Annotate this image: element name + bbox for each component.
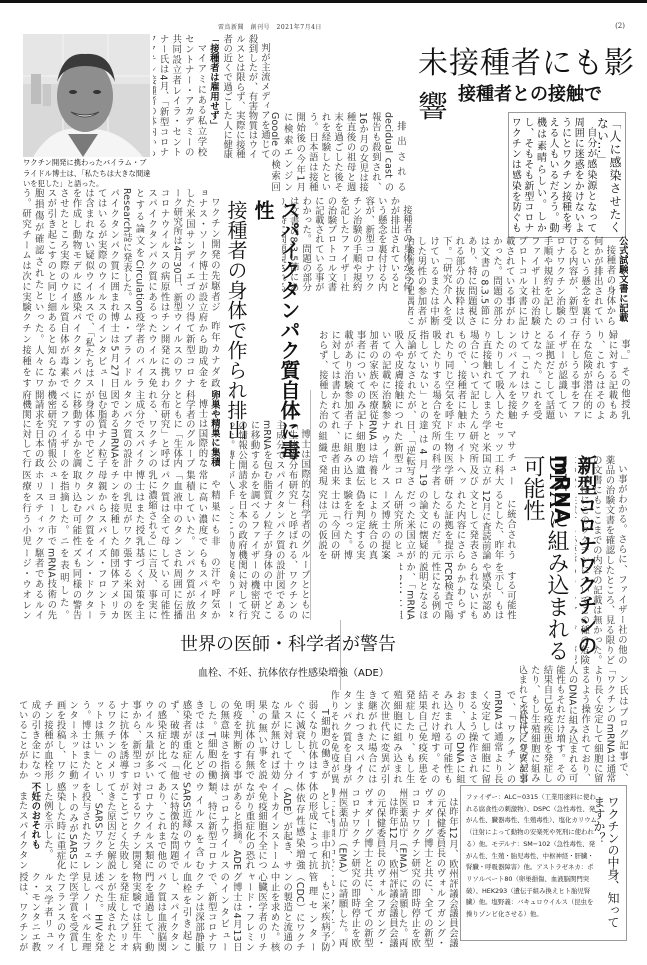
article-column-q: は昨年12月、欧州評議会議員会議の元保健委員長のヴォルフガング・ヴォダーグ博士と…: [332, 788, 398, 948]
sidebar-quote-box: 「人に感染させたくない…」 自分が感染源となって周囲に迷惑をかけないようにとワク…: [508, 112, 626, 238]
article-text: 昨年カナダ政府から助成金を得て新型コロナウイルスのワクチン開発に携わったウイルス…: [20, 312, 220, 388]
article-column-k: ワクチン開発の先駆者ジョナス・ソーク博士が設立した米国サンディエゴのソーク研究所…: [20, 188, 220, 312]
article-column-l2: 博士は国際的な科学者のグループとともに「生体内分布研究」と呼ばれる、ワクチンの主…: [230, 420, 310, 620]
article-text: する可能性を示し、もはや感染が認められないにもかかわらずPCR検査で陽性になる例…: [400, 562, 516, 620]
article-column-p: T細胞の働きが弱くなり抗体はすぐに減衰し、ウイルスに対して十分な量が無ければ効果…: [20, 700, 330, 780]
article-column-h: に統合されうるとした、昨年12月に査読前論文として発表された内容にさらなる証拠を…: [316, 490, 516, 560]
portrait-image: [23, 34, 150, 157]
article-column-b2: 判が主流メディアを通じて殺到したが、有害物質はウイルスとは限らず、実際に接種者の…: [222, 34, 270, 159]
article-column-l: 昨年カナダ政府から助成金を得て新型コロナウイルスのワクチン開発に携わったウイルス…: [20, 312, 220, 388]
article-column-i: する可能性を示し、もはや感染が認められないにもかかわらずPCR検査で陽性になる例…: [400, 562, 516, 620]
mrna-headline-line2: DNAに組み込まれる可能性: [520, 455, 569, 662]
ingredients-list: ファイザー：ALC−0315（工業用塗料に使われる腐食性の刺激物）、DSPC（急…: [466, 792, 598, 921]
article-text: 接種者の身体から何かが排出されているという懸念を裏付ける内容が、新型コロナワクチ…: [282, 196, 412, 292]
article-column-m: 卵巣や精巣に集積 博士は国際的な科学者のグループとともに「生体内分布研究」と呼ば…: [20, 390, 220, 468]
article-text: マサチューセッツ工科大学と米国立がん研究所及びホワイトヘッド生物医学研究所の科学…: [316, 420, 516, 486]
ingredients-box: ワクチンの中身、知ってますか？ ファイザー：ALC−0315（工業用塗料に使われ…: [460, 785, 627, 941]
article-column-d: 公式試験文書に記載 接種者の身体から何かが排出されているという懸念を裏付ける内容…: [408, 236, 628, 326]
photo-bairam-bridle: [23, 34, 150, 157]
article-column-a: 「接種者は雇用せず」 マイアミにある私立学校セントナー・アカデミーの共同設立者レ…: [153, 34, 219, 157]
article-column-c2: 接種者の身体から何かが排出されているという懸念を裏付ける内容が、新型コロナワクチ…: [282, 196, 412, 292]
article-column-q2: は昨年12月、欧州評議会議員会議の元保健委員長のヴォルフガング・ヴォダーグ博士と…: [400, 788, 458, 948]
page-number: (2): [615, 22, 625, 30]
article-text: 博士は国際的な科学者のグループとともに「生体内分布研究」と呼ばれる、ワクチンの主…: [230, 420, 310, 620]
article-text: に統合されうるとした、昨年12月に査読前論文として発表された内容にさらなる証拠を…: [316, 490, 516, 560]
article-column-e: 事。」その他授乳婦に対する記載もあり、これらはそのような危険が潜在的に存在しうる…: [320, 330, 630, 420]
article-text: 判が主流メディアを通じて殺到したが、有害物質はウイルスとは限らず、実際に接種者の…: [222, 34, 270, 159]
subhead-ovaries: 卵巣や精巣に集積: [207, 390, 220, 468]
sidebar-quote-body: 自分が感染源となって周囲に迷惑をかけないようにとワクチン接種を考える人もいるだろ…: [513, 117, 596, 233]
warning-headline: 世界の医師・科学者が警告: [180, 630, 396, 656]
subhead-infertility: 不妊のおそれも: [28, 782, 41, 870]
article-text: ン氏はブログ記事で、「ワクチンのmRNAは通常より長く安定して細胞に留まるよう操…: [332, 690, 528, 784]
column-divider: [310, 390, 311, 620]
subhead-official-doc: 公式試験文書に記載: [615, 236, 628, 326]
article-text: は昨年12月、欧州評議会議員会議の元保健委員長のヴォルフガング・ヴォダーグ博士と…: [332, 788, 398, 948]
sidebar-quote-title: 「人に感染させたくない…」: [596, 117, 621, 233]
column-divider: [340, 620, 341, 690]
article-text: ワクチン開発の先駆者ジョナス・ソーク博士が設立した米国サンディエゴのソーク研究所…: [20, 188, 220, 312]
main-subheadline: 接種者との接触で: [458, 80, 602, 106]
publication-info: 雷鳥新聞 創刊号 2021年7月4日: [218, 22, 322, 31]
article-text: として、非中和抗体の形成によって抗体依存性感染増強（ADE）が起き、サイトカイン…: [40, 782, 330, 870]
article-text: は昨年12月、欧州評議会議員会議の元保健委員長のヴォルフガング・ヴォダーグ博士と…: [400, 788, 458, 948]
masthead: 雷鳥新聞 創刊号 2021年7月4日 (2): [0, 22, 647, 34]
article-text: や精巣にも非常に高い濃度で集積していた。「血液中のタンパク質は全て母乳に濃縮され…: [20, 470, 220, 546]
article-text: い事がわかる。さらに、ファイザー社の他の薬品の治験文書を確認したところ、見る限り…: [575, 455, 627, 665]
article-column-j: ン氏はブログ記事で、「ワクチンのmRNAは通常より長く安定して細胞に留まるよう操…: [520, 665, 628, 783]
article-text: またスパイクタンパク質には胎盤形成に不可欠なシンシチンと同: [20, 782, 28, 870]
article-text: 排出される decidual cast の報告も殺到され、16か月の女児は接種直…: [272, 112, 406, 192]
article-text: T細胞の働きが弱くなり抗体はすぐに減衰し、ウイルスに対して十分な量が無ければ効果…: [20, 700, 330, 780]
mrna-subheadline: DNAに組み込まれる可能性: [520, 455, 568, 665]
article-column-n: や精巣にも非常に高い濃度で集積していた。「血液中のタンパク質は全て母乳に濃縮され…: [20, 470, 220, 546]
article-text: の汗や呼気からもスパイクタンパク質が放出され周囲に伝播している可能性に言及、事実…: [20, 548, 220, 620]
article-column-c: 排出される decidual cast の報告も殺到され、16か月の女児は接種直…: [272, 112, 406, 192]
article-column-r: もに米疾病予防管理センター（CDC）にワクチンの製造と流通の中止を求めた。核心臓…: [20, 872, 330, 952]
article-text: 接種者の身体から何かが排出されているという懸念を裏付ける内容が、新型コロナワクチ…: [408, 236, 615, 326]
photo-caption: ワクチン開発に携わったバイラム・ブライドル博士は、「私たちは大きな間違いを犯した…: [23, 158, 153, 190]
article-column-j2: ン氏はブログ記事で、「ワクチンのmRNAは通常より長く安定して細胞に留まるよう操…: [332, 690, 528, 784]
article-text: ン氏はブログ記事で、「ワクチンのmRNAは通常より長く安定して細胞に留まるよう操…: [520, 665, 628, 783]
article-text: 博士は国際的な科学者のグループとともに「生体内分布研究」と呼ばれる、ワクチンの主…: [20, 390, 207, 468]
article-column-g: マサチューセッツ工科大学と米国立がん研究所及びホワイトヘッド生物医学研究所の科学…: [316, 420, 516, 486]
article-column-o: の汗や呼気からもスパイクタンパク質が放出され周囲に伝播している可能性に言及、事実…: [20, 548, 220, 620]
warning-subheadline: 血栓、不妊、抗体依存性感染増強（ADE）: [198, 664, 389, 679]
article-text: もに米疾病予防管理センター（CDC）にワクチンの製造と流通の中止を求めた。核心臓…: [20, 872, 330, 952]
spike-headline-line2: 接種者の身体で作られ排出: [224, 200, 248, 440]
article-column-f: い事がわかる。さらに、ファイザー社の他の薬品の治験文書を確認したところ、見る限り…: [575, 455, 627, 665]
subhead-no-hiring: 「接種者は雇用せず」: [206, 34, 219, 157]
article-column-s: として、非中和抗体の形成によって抗体依存性感染増強（ADE）が起き、サイトカイン…: [20, 782, 330, 870]
top-border: [0, 0, 647, 3]
article-text: 事。」その他授乳婦に対する記載もあり、これらはそのような危険が潜在的に存在しうる…: [320, 330, 630, 420]
sidebar-quote-content: 「人に感染させたくない…」 自分が感染源となって周囲に迷惑をかけないようにとワク…: [513, 117, 621, 233]
article-text: マイアミにある私立学校セントナー・アカデミーの共同設立者レイラ・セントナー氏は4…: [153, 34, 206, 157]
